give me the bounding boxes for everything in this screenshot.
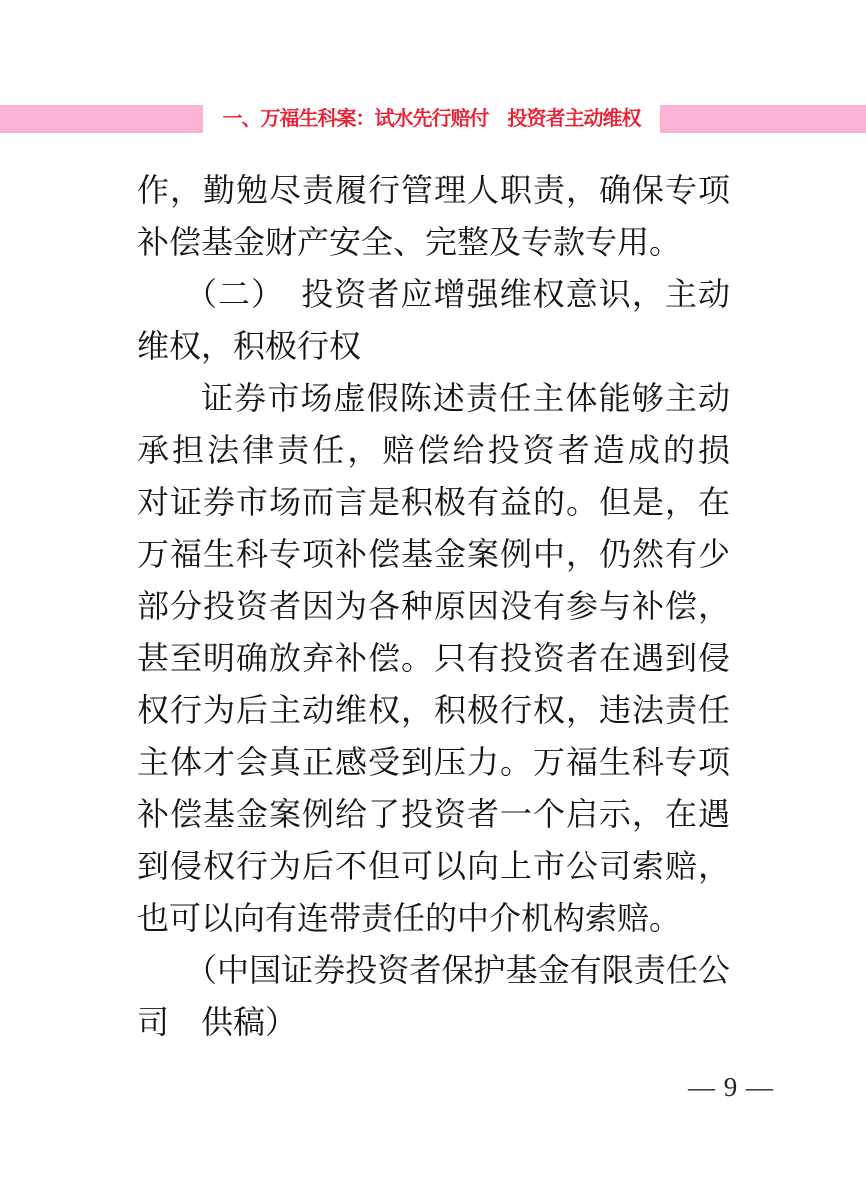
page-number: — 9 — <box>688 1072 774 1102</box>
text-line: 证券市场虚假陈述责任主体能够主动 <box>137 372 730 424</box>
text-line: 作，勤勉尽责履行管理人职责，确保专项 <box>137 164 730 216</box>
text-line: 承担法律责任，赔偿给投资者造成的损害， <box>137 424 730 476</box>
header-rule-right <box>660 105 866 133</box>
text-line: 对证券市场而言是积极有益的。但是，在 <box>137 476 730 528</box>
body-text: 作，勤勉尽责履行管理人职责，确保专项补偿基金财产安全、完整及专款专用。（二） 投… <box>137 164 730 1048</box>
text-line: 维权，积极行权 <box>137 320 730 372</box>
text-line: 也可以向有连带责任的中介机构索赔。 <box>137 892 730 944</box>
text-line: 主体才会真正感受到压力。万福生科专项 <box>137 736 730 788</box>
text-line: （中国证券投资者保护基金有限责任公 <box>137 944 730 996</box>
text-line: 司 供稿） <box>137 996 730 1048</box>
text-line: 部分投资者因为各种原因没有参与补偿， <box>137 580 730 632</box>
text-line: 补偿基金案例给了投资者一个启示，在遇 <box>137 788 730 840</box>
running-head-mid: 一、万福生科案：试水先行赔付 投资者主动维权 <box>203 105 660 133</box>
book-page: 一、万福生科案：试水先行赔付 投资者主动维权 作，勤勉尽责履行管理人职责，确保专… <box>0 0 866 1189</box>
header-rule-left <box>0 105 203 133</box>
text-line: （二） 投资者应增强维权意识，主动 <box>137 268 730 320</box>
running-head: 一、万福生科案：试水先行赔付 投资者主动维权 <box>0 105 866 133</box>
text-line: 权行为后主动维权，积极行权，违法责任 <box>137 684 730 736</box>
text-line: 到侵权行为后不但可以向上市公司索赔， <box>137 840 730 892</box>
running-head-title: 一、万福生科案：试水先行赔付 投资者主动维权 <box>223 105 641 133</box>
text-line: 万福生科专项补偿基金案例中，仍然有少 <box>137 528 730 580</box>
text-line: 甚至明确放弃补偿。只有投资者在遇到侵 <box>137 632 730 684</box>
text-line: 补偿基金财产安全、完整及专款专用。 <box>137 216 730 268</box>
